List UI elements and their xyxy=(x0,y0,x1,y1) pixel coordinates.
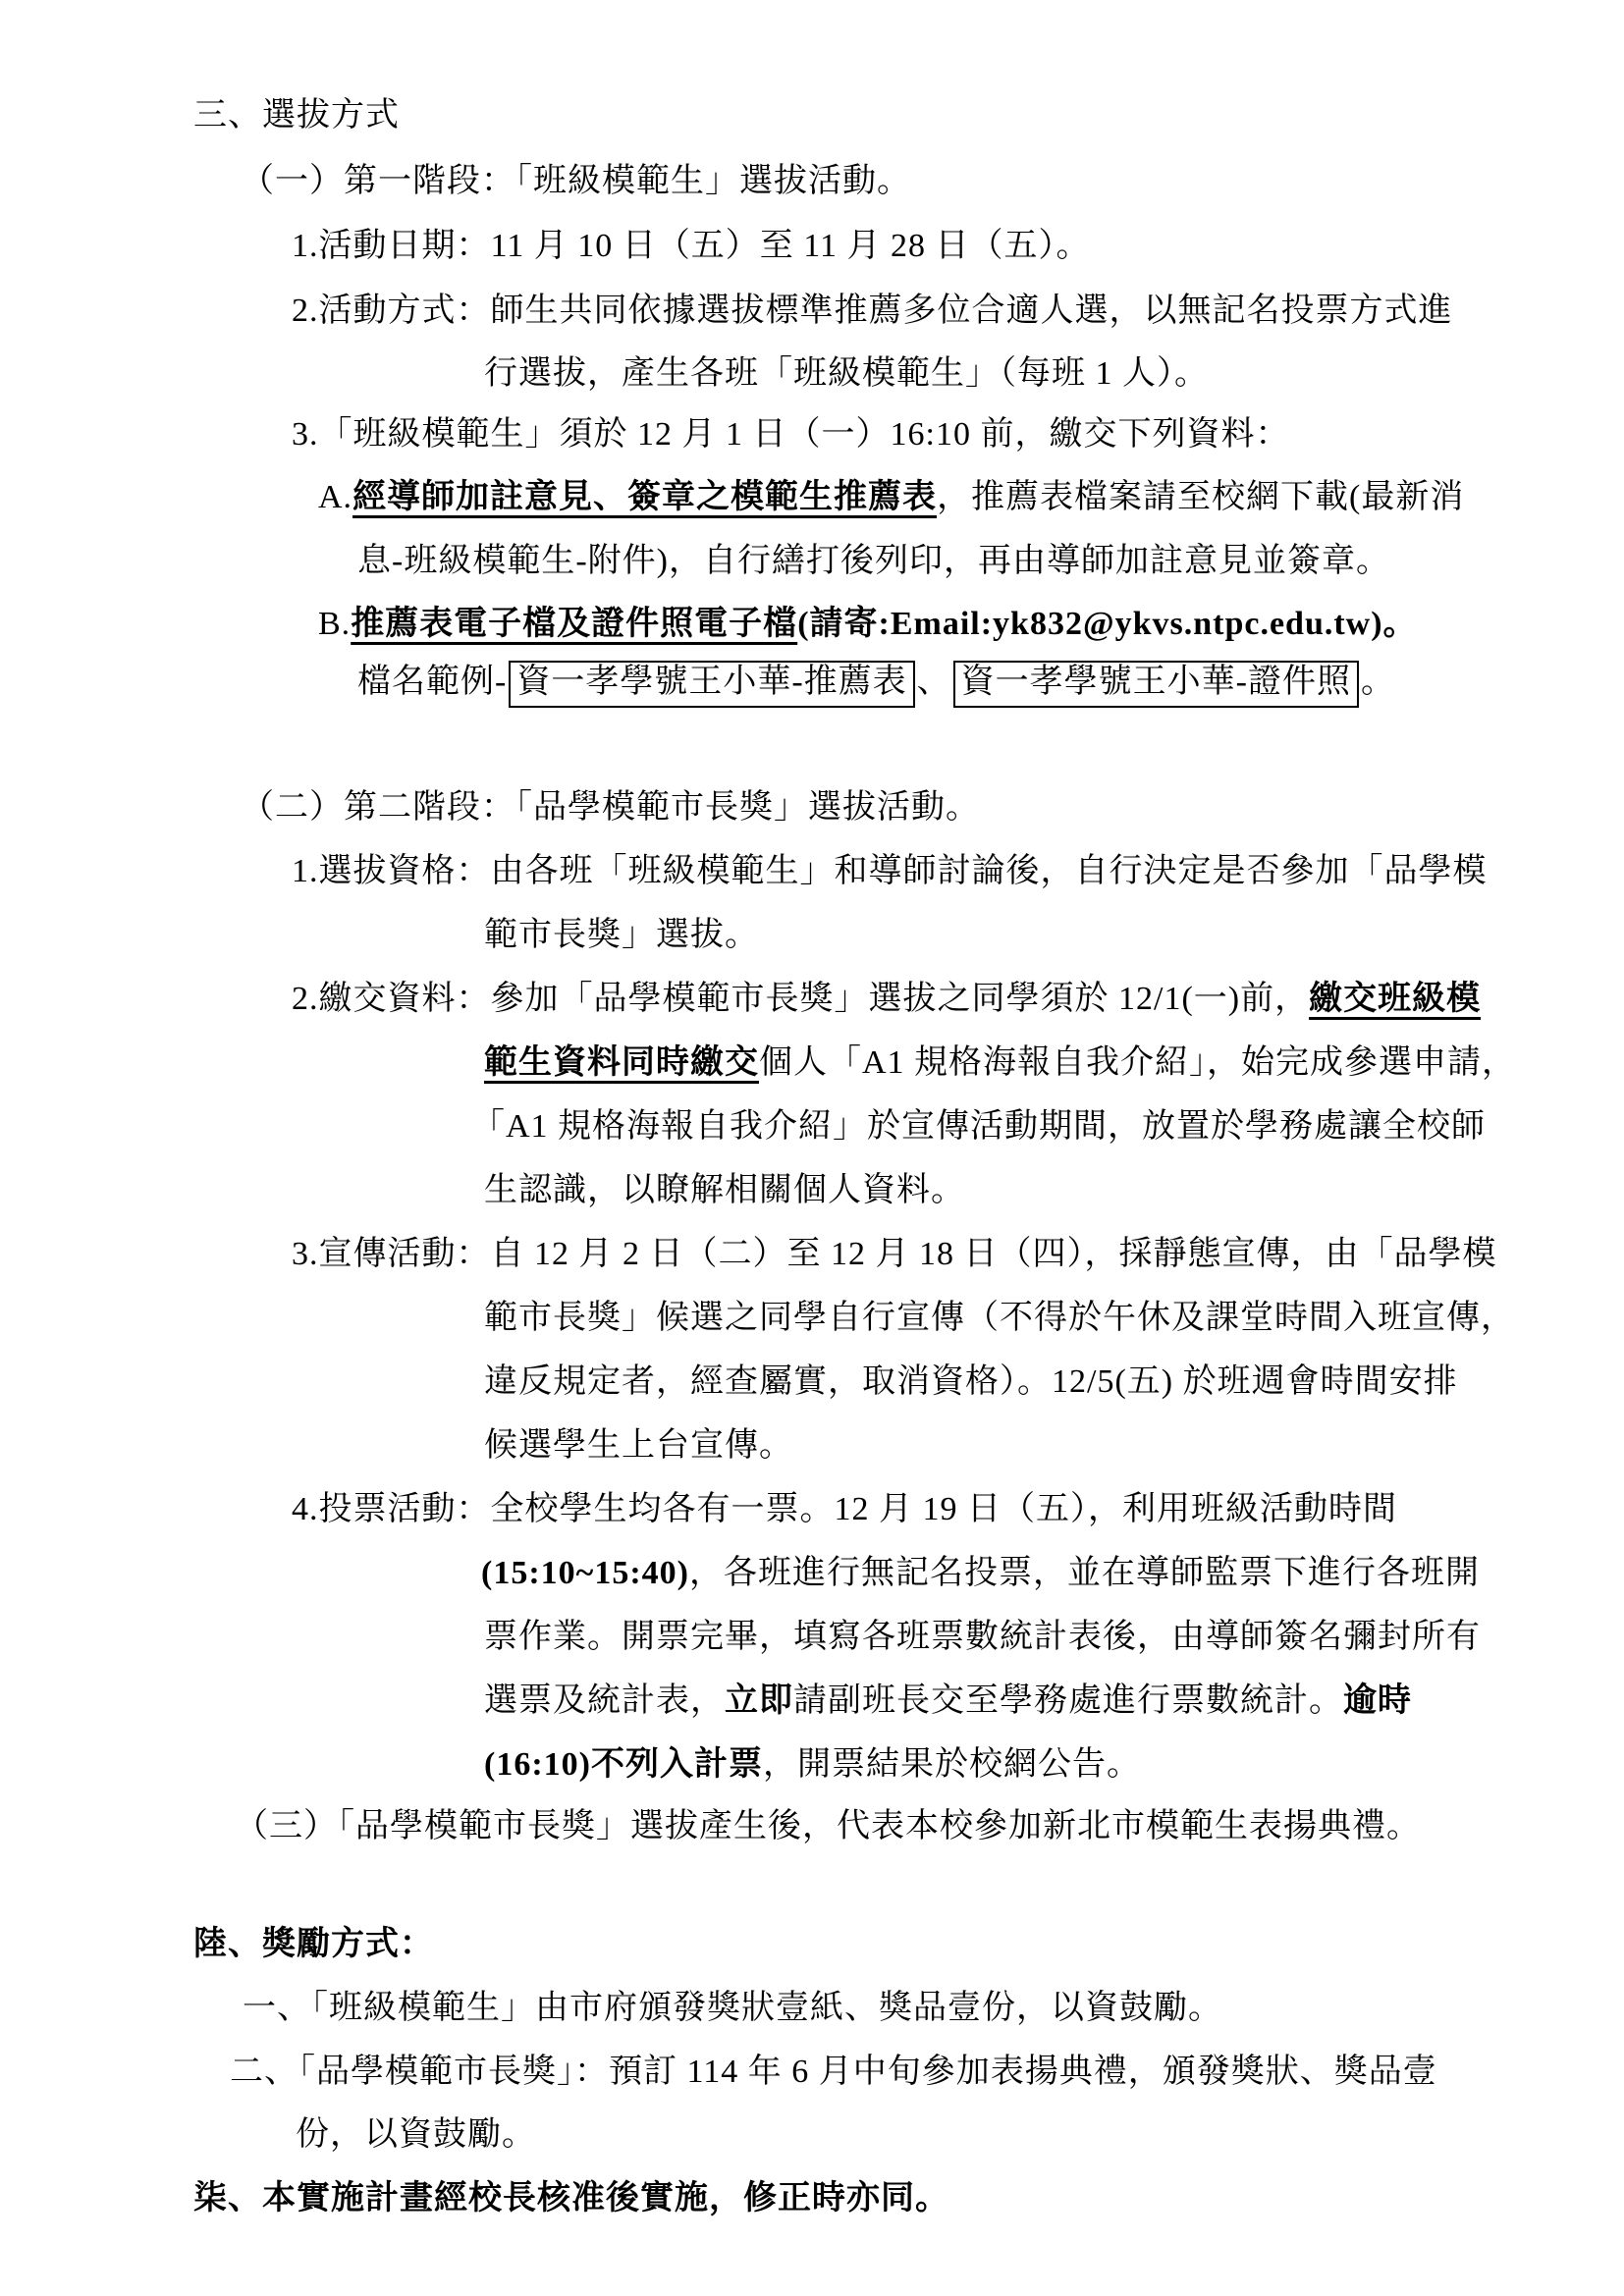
section-7-approval: 柒、本實施計畫經校長核准後實施，修正時亦同。 xyxy=(193,2176,949,2221)
stage1-item3a-line2: 息-班級模範生-附件)，自行繕打後列印，再由導師加註意見並簽章。 xyxy=(357,539,1390,584)
text-segment: 範市長獎」選拔。 xyxy=(484,917,759,953)
text-segment: 「A1 規格海報自我介紹」於宣傳活動期間，放置於學務處讓全校師 xyxy=(471,1108,1486,1145)
text-segment: (16:10)不列入計票 xyxy=(484,1746,763,1783)
text-segment: 檔名範例- xyxy=(357,664,507,700)
reward-item2-line2: 份，以資鼓勵。 xyxy=(296,2112,536,2158)
stage-1-heading: （一）第一階段：「班級模範生」選拔活動。 xyxy=(241,159,911,204)
stage1-item3b-line1: B.推薦表電子檔及證件照電子檔(請寄:Email:yk832@ykvs.ntpc… xyxy=(318,602,1418,647)
stage-3-line: （三）「品學模範市長獎」選拔產生後，代表本校參加新北市模範生表揚典禮。 xyxy=(235,1804,1421,1849)
text-segment: B. xyxy=(318,606,351,642)
stage1-item2-method-line2: 行選拔，產生各班「班級模範生」（每班 1 人）。 xyxy=(484,351,1209,397)
stage2-item2-line3: 「A1 規格海報自我介紹」於宣傳活動期間，放置於學務處讓全校師 xyxy=(471,1104,1486,1149)
stage2-item3-line4: 候選學生上台宣傳。 xyxy=(484,1423,793,1468)
text-segment: 4.投票活動：全校學生均各有一票。12 月 19 日（五），利用班級活動時間 xyxy=(292,1491,1397,1527)
text-segment: 範市長獎」候選之同學自行宣傳（不得於午休及課堂時間入班宣傳， xyxy=(484,1300,1515,1336)
text-segment: 票作業。開票完畢，填寫各班票數統計表後，由導師簽名彌封所有 xyxy=(484,1619,1481,1655)
document-page: 三、選拔方式（一）第一階段：「班級模範生」選拔活動。1.活動日期：11 月 10… xyxy=(0,0,1624,2296)
text-segment: ，推薦表檔案請至校網下載(最新消 xyxy=(937,479,1464,515)
text-segment: A. xyxy=(318,479,352,515)
stage2-item3-line1: 3.宣傳活動：自 12 月 2 日（二）至 12 月 18 日（四），採靜態宣傳… xyxy=(292,1232,1497,1277)
stage1-item3a-line1: A.經導師加註意見、簽章之模範生推薦表，推薦表檔案請至校網下載(最新消 xyxy=(318,475,1464,520)
stage2-item2-line2: 範生資料同時繳交個人「A1 規格海報自我介紹」，始完成參選申請， xyxy=(484,1041,1516,1086)
section-6-heading: 陸、獎勵方式： xyxy=(193,1922,434,1967)
stage2-item2-line1: 2.繳交資料：參加「品學模範市長獎」選拔之同學須於 12/1(一)前，繳交班級模 xyxy=(292,977,1481,1022)
stage1-item2-method-line1: 2.活動方式：師生共同依據選拔標準推薦多位合適人選，以無記名投票方式進 xyxy=(292,289,1453,334)
text-segment: （三）「品學模範市長獎」選拔產生後，代表本校參加新北市模範生表揚典禮。 xyxy=(235,1808,1421,1844)
text-segment: 1.選拔資格：由各班「班級模範生」和導師討論後，自行決定是否參加「品學模 xyxy=(292,853,1488,889)
text-segment: 繳交班級模 xyxy=(1309,981,1481,1017)
text-segment: (請寄:Email:yk832@ykvs.ntpc.edu.tw)。 xyxy=(797,606,1417,642)
text-segment: 生認識，以瞭解相關個人資料。 xyxy=(484,1172,965,1208)
text-segment: 、 xyxy=(917,664,951,700)
text-segment: 推薦表電子檔及證件照電子檔 xyxy=(351,606,797,642)
stage2-item1-line1: 1.選拔資格：由各班「班級模範生」和導師討論後，自行決定是否參加「品學模 xyxy=(292,849,1488,894)
stage2-item4-line1: 4.投票活動：全校學生均各有一票。12 月 19 日（五），利用班級活動時間 xyxy=(292,1487,1397,1532)
stage2-item4-line5: (16:10)不列入計票，開票結果於校網公告。 xyxy=(484,1742,1141,1788)
stage2-item2-line4: 生認識，以瞭解相關個人資料。 xyxy=(484,1168,965,1213)
text-segment: 息-班級模範生-附件)，自行繕打後列印，再由導師加註意見並簽章。 xyxy=(357,543,1390,579)
text-segment: (15:10~15:40) xyxy=(481,1555,689,1591)
text-segment: 份，以資鼓勵。 xyxy=(296,2116,536,2153)
reward-item2-line1: 二、「品學模範市長獎」：預訂 114 年 6 月中旬參加表揚典禮，頒發獎狀、獎品… xyxy=(230,2050,1437,2095)
reward-item1: 一、「班級模範生」由市府頒發獎狀壹紙、獎品壹份，以資鼓勵。 xyxy=(243,1986,1222,2031)
stage2-item3-line2: 範市長獎」候選之同學自行宣傳（不得於午休及課堂時間入班宣傳， xyxy=(484,1296,1515,1341)
stage1-item1-date: 1.活動日期：11 月 10 日（五）至 11 月 28 日（五）。 xyxy=(292,224,1090,269)
text-segment: 3.宣傳活動：自 12 月 2 日（二）至 12 月 18 日（四），採靜態宣傳… xyxy=(292,1236,1497,1272)
stage2-item4-line2: (15:10~15:40)，各班進行無記名投票，並在導師監票下進行各班開 xyxy=(481,1551,1480,1596)
text-segment: 2.活動方式：師生共同依據選拔標準推薦多位合適人選，以無記名投票方式進 xyxy=(292,293,1453,329)
text-segment: ，各班進行無記名投票，並在導師監票下進行各班開 xyxy=(689,1555,1480,1591)
stage2-item4-line3: 票作業。開票完畢，填寫各班票數統計表後，由導師簽名彌封所有 xyxy=(484,1615,1481,1660)
stage2-item1-line2: 範市長獎」選拔。 xyxy=(484,913,759,958)
text-segment: 三、選拔方式 xyxy=(193,97,400,133)
text-segment: 2.繳交資料：參加「品學模範市長獎」選拔之同學須於 12/1(一)前， xyxy=(292,981,1309,1017)
text-segment: （二）第二階段：「品學模範市長獎」選拔活動。 xyxy=(241,789,980,826)
stage2-item4-line4: 選票及統計表，立即請副班長交至學務處進行票數統計。逾時 xyxy=(484,1679,1412,1724)
text-segment: 立即 xyxy=(725,1682,793,1719)
text-segment: 選票及統計表， xyxy=(484,1682,725,1719)
stage-2-heading: （二）第二階段：「品學模範市長獎」選拔活動。 xyxy=(241,785,980,830)
text-segment: 違反規定者，經查屬實，取消資格）。12/5(五) 於班週會時間安排 xyxy=(484,1363,1458,1400)
text-segment: 3.「班級模範生」須於 12 月 1 日（一）16:10 前，繳交下列資料： xyxy=(292,416,1289,453)
text-segment: （一）第一階段：「班級模範生」選拔活動。 xyxy=(241,163,911,199)
text-segment: 行選拔，產生各班「班級模範生」（每班 1 人）。 xyxy=(484,355,1209,392)
section-3-heading: 三、選拔方式 xyxy=(193,93,400,138)
boxed-filename-example: 資一孝學號王小華-證件照 xyxy=(953,661,1359,708)
stage1-item3-deadline: 3.「班級模範生」須於 12 月 1 日（一）16:10 前，繳交下列資料： xyxy=(292,412,1289,457)
text-segment: 二、「品學模範市長獎」：預訂 114 年 6 月中旬參加表揚典禮，頒發獎狀、獎品… xyxy=(230,2054,1437,2090)
text-segment: 陸、獎勵方式： xyxy=(193,1926,434,1962)
text-segment: 。 xyxy=(1361,664,1395,700)
text-segment: 逾時 xyxy=(1343,1682,1412,1719)
boxed-filename-example: 資一孝學號王小華-推薦表 xyxy=(509,661,914,708)
stage2-item3-line3: 違反規定者，經查屬實，取消資格）。12/5(五) 於班週會時間安排 xyxy=(484,1360,1458,1405)
stage1-item3b-filename-examples: 檔名範例-資一孝學號王小華-推薦表、資一孝學號王小華-證件照。 xyxy=(357,660,1395,708)
text-segment: 請副班長交至學務處進行票數統計。 xyxy=(793,1682,1343,1719)
text-segment: 候選學生上台宣傳。 xyxy=(484,1427,793,1464)
text-segment: 個人「A1 規格海報自我介紹」，始完成參選申請， xyxy=(759,1044,1516,1081)
text-segment: 經導師加註意見、簽章之模範生推薦表 xyxy=(352,479,937,515)
text-segment: 範生資料同時繳交 xyxy=(484,1044,759,1081)
text-segment: 1.活動日期：11 月 10 日（五）至 11 月 28 日（五）。 xyxy=(292,228,1090,264)
text-segment: ，開票結果於校網公告。 xyxy=(763,1746,1141,1783)
text-segment: 柒、本實施計畫經校長核准後實施，修正時亦同。 xyxy=(193,2180,949,2216)
text-segment: 一、「班級模範生」由市府頒發獎狀壹紙、獎品壹份，以資鼓勵。 xyxy=(243,1990,1222,2026)
